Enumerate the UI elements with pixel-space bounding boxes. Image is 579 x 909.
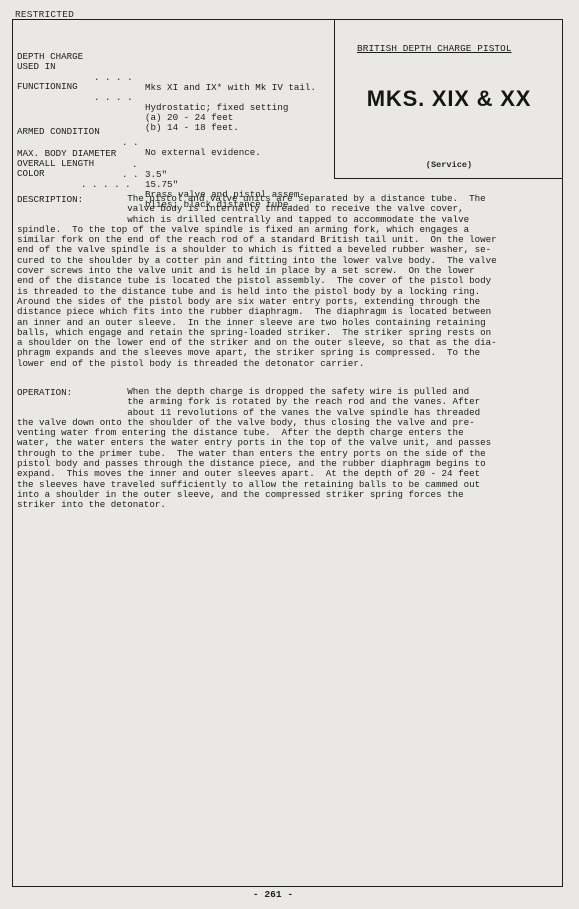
operation-text: When the depth charge is dropped the saf… (17, 387, 557, 511)
spec-leader-dots: . . (122, 138, 139, 148)
document-subtitle: BRITISH DEPTH CHARGE PISTOL (357, 43, 512, 54)
title-box: BRITISH DEPTH CHARGE PISTOL MKS. XIX & X… (334, 19, 563, 179)
spec-label: FUNCTIONING (17, 82, 78, 92)
specifications-list: DEPTH CHARGE USED IN . . . . Mks XI and … (17, 42, 28, 124)
spec-leader-dots: . . . . . (81, 180, 131, 190)
spec-value: Mks XI and IX* with Mk IV tail. (145, 83, 316, 93)
spec-label: COLOR (17, 169, 45, 179)
spec-value: Hydrostatic; fixed setting (a) 20 - 24 f… (145, 103, 288, 134)
spec-leader-dots: . . . . (94, 73, 133, 83)
spec-leader-dots: . . . . (94, 93, 133, 103)
description-text: The pistol and valve units are separated… (17, 194, 557, 369)
document-title: MKS. XIX & XX (335, 86, 563, 112)
spec-label: ARMED CONDITION (17, 127, 100, 137)
spec-value: No external evidence. (145, 148, 261, 158)
spec-row-functioning: FUNCTIONING . . . . Hydrostatic; fixed s… (17, 72, 39, 123)
service-note: (Service) (335, 160, 563, 170)
page-number: - 261 - (0, 889, 546, 900)
